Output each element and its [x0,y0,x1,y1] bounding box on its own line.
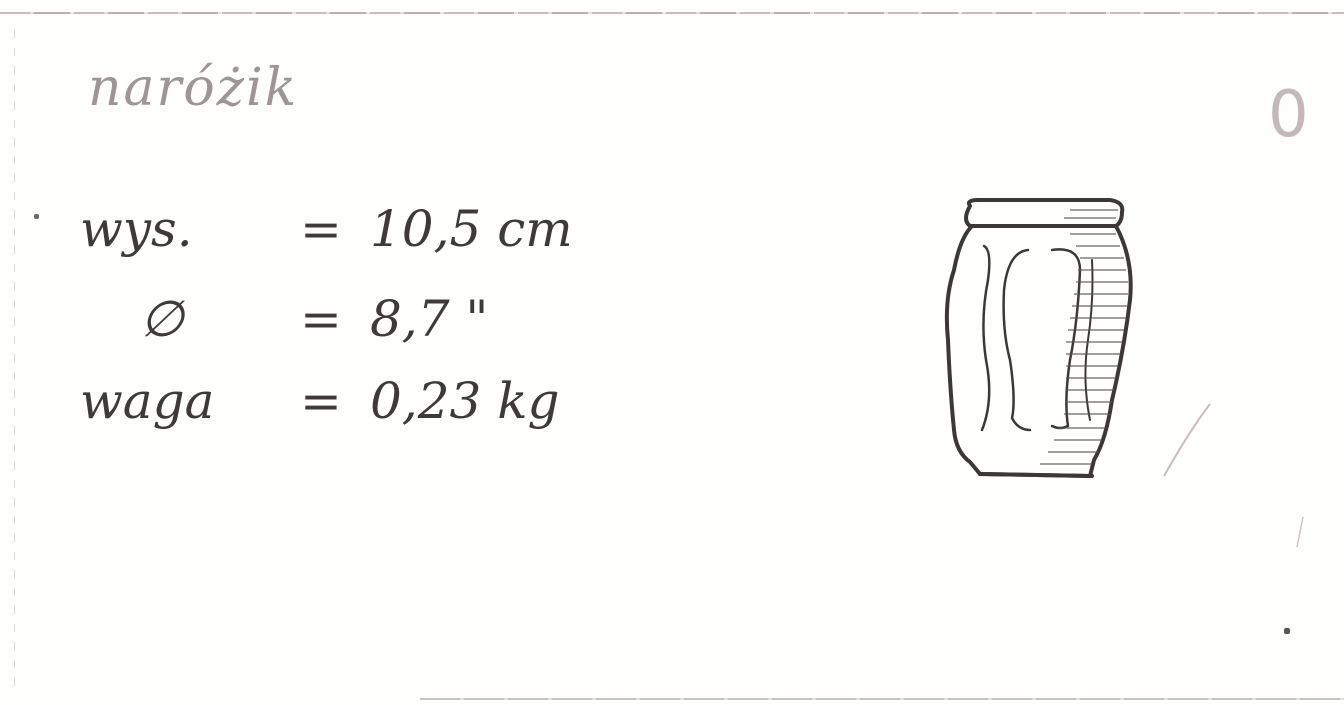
measurement-label: ∅ [80,290,300,348]
catalog-card: naróżik 0 wys.=10,5 cm ∅=8,7 " waga=0,23… [0,0,1344,705]
card-top-border [0,12,1344,14]
corner-mark: 0 [1268,78,1309,152]
stray-pencil-mark [1294,515,1306,551]
stray-pencil-mark [1150,400,1220,480]
card-bottom-border [420,698,1344,700]
equals-sign: = [300,200,370,258]
measurement-diameter: ∅=8,7 " [80,290,488,348]
ink-speck [34,214,39,219]
card-title: naróżik [88,58,298,118]
measurement-weight: waga=0,23 kg [80,372,560,430]
equals-sign: = [300,290,370,348]
equals-sign: = [300,372,370,430]
card-left-border [14,30,15,690]
measurement-value: 10,5 cm [370,200,573,258]
ink-speck [1284,628,1290,634]
vessel-drawing [930,190,1150,490]
measurement-label: waga [80,372,300,430]
measurement-value: 0,23 kg [370,372,560,430]
measurement-height: wys.=10,5 cm [80,200,573,258]
measurement-value: 8,7 " [370,290,488,348]
measurement-label: wys. [80,200,300,258]
